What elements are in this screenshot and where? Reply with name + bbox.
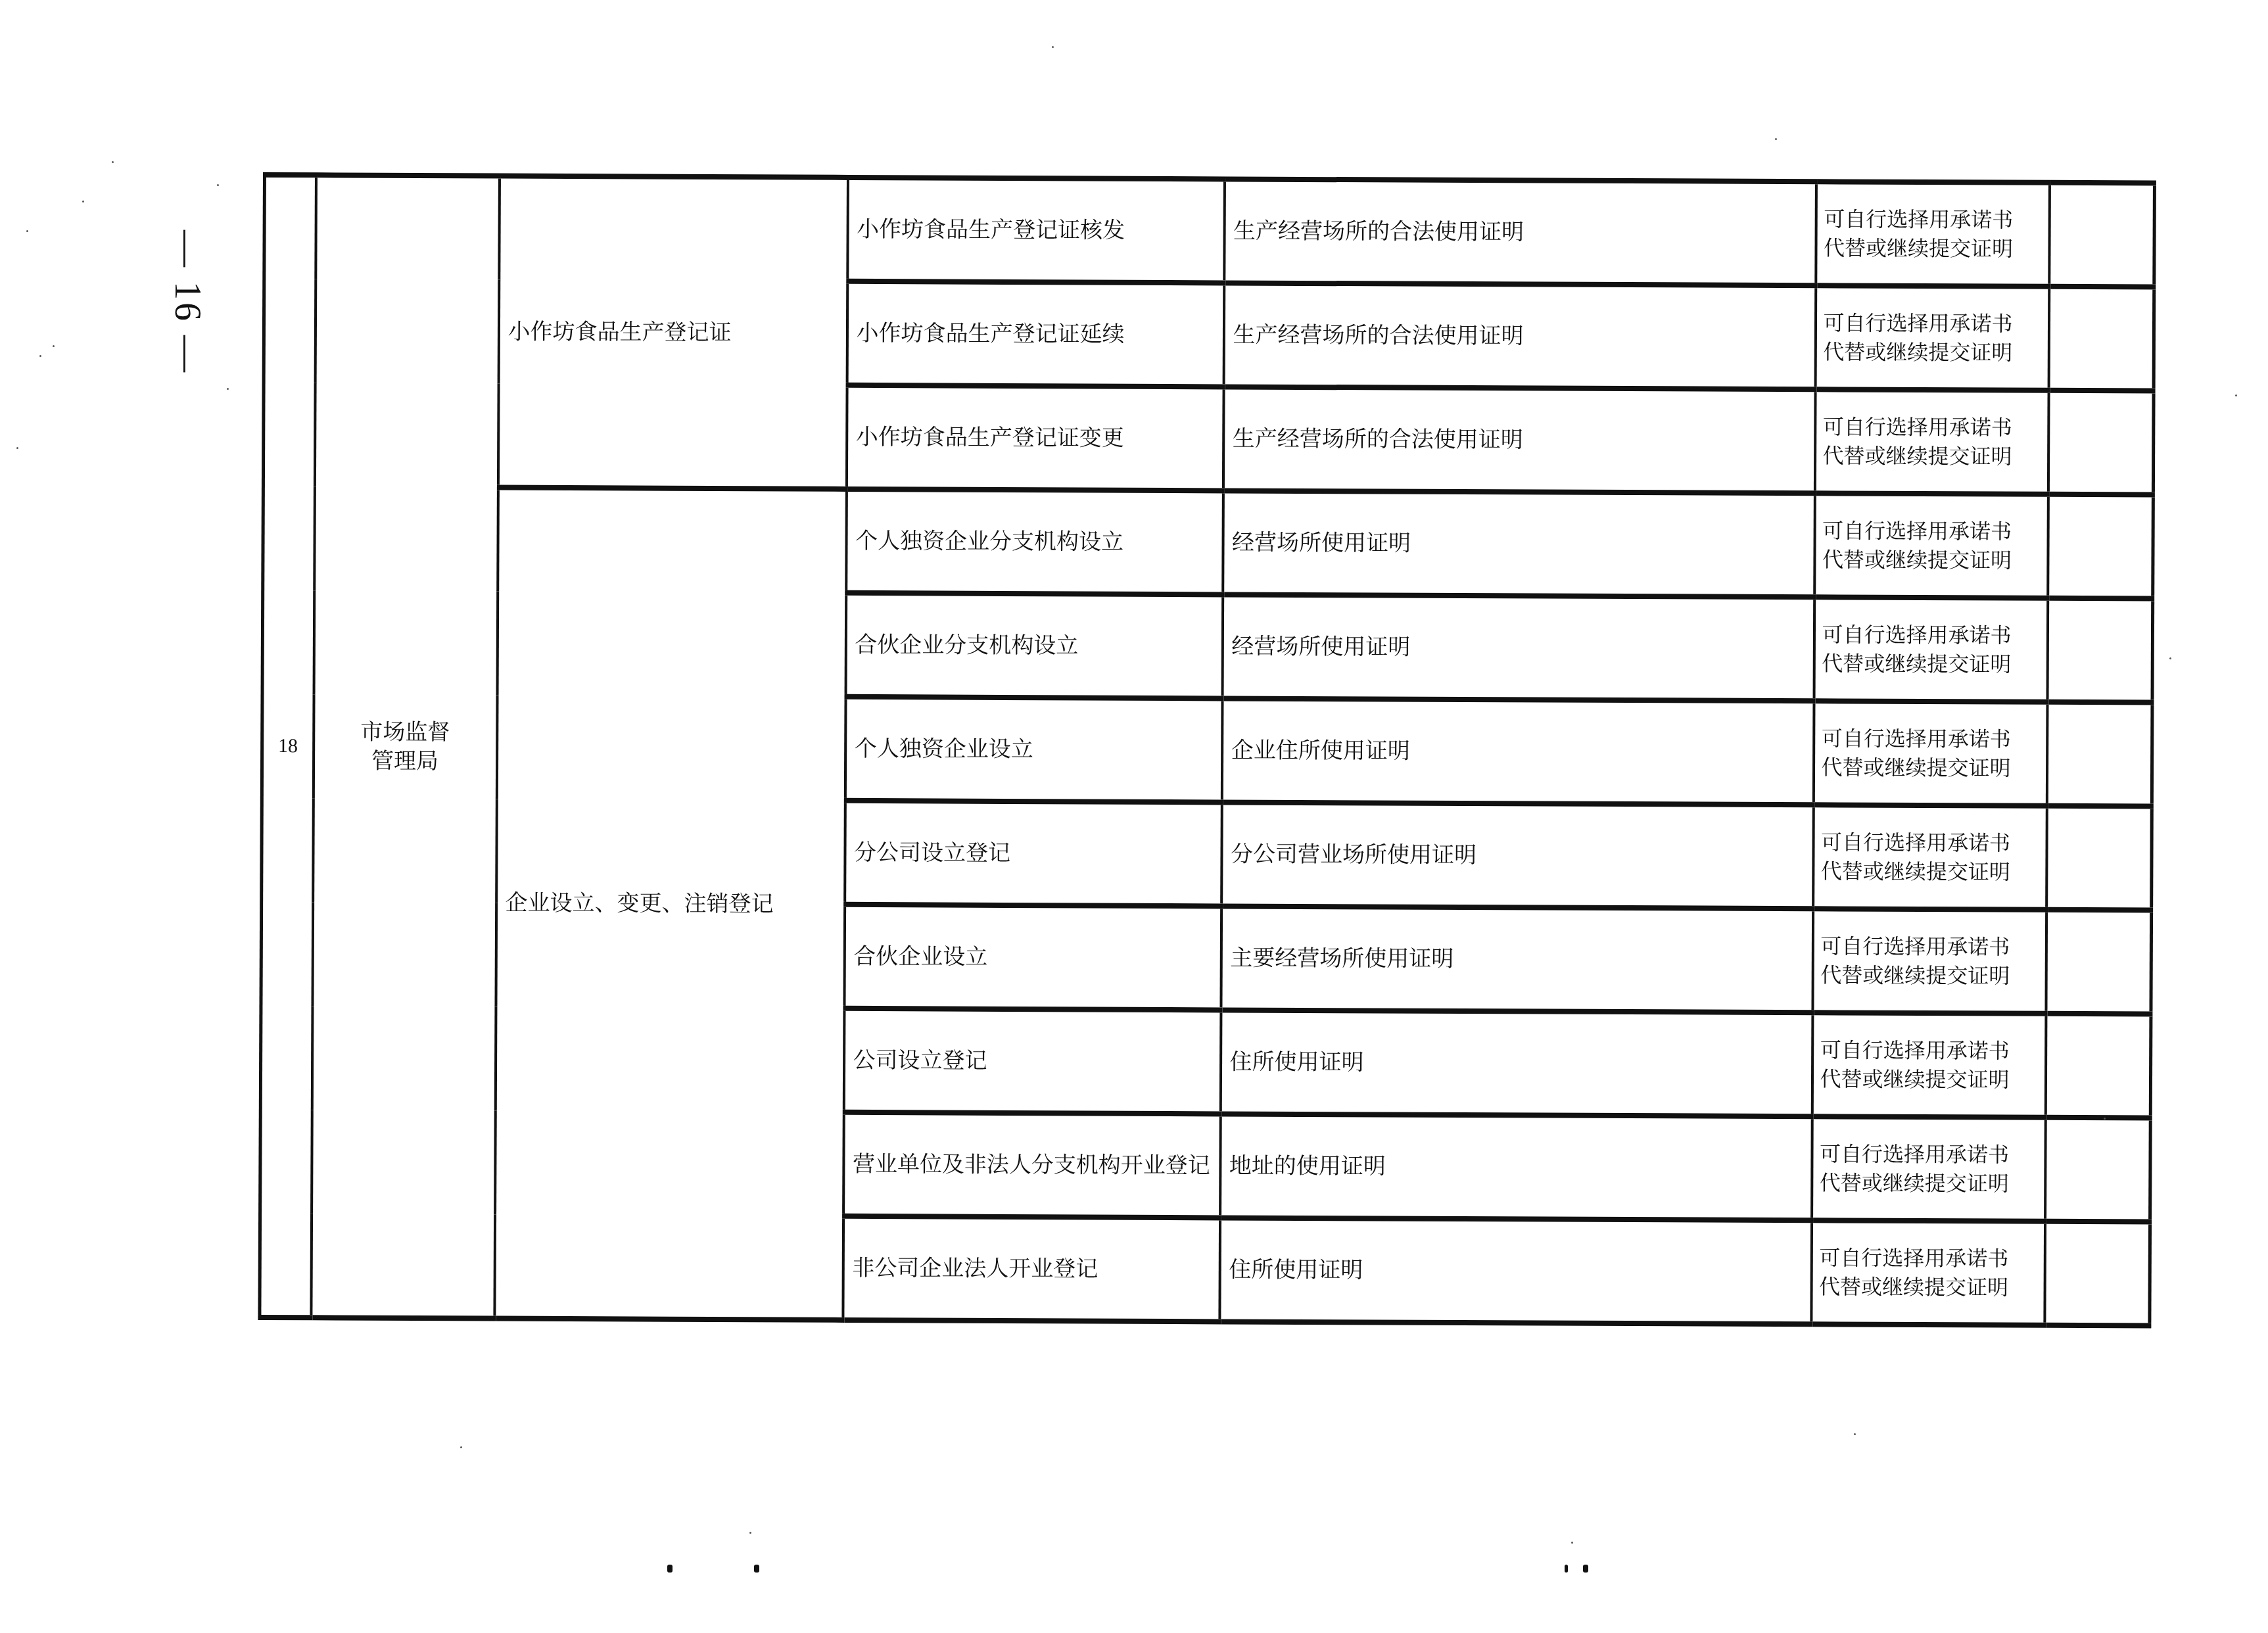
scan-speck [16,447,18,449]
certification-table: 18市场监督管理局小作坊食品生产登记证小作坊食品生产登记证核发生产经营场所的合法… [258,172,2156,1329]
handling-method-line: 代替或继续提交证明 [1820,1168,2039,1198]
remarks-cell [2046,702,2152,807]
proof-material-cell: 住所使用证明 [1220,1010,1812,1116]
handling-method-line: 代替或继续提交证明 [1821,753,2040,782]
table-row: 18市场监督管理局小作坊食品生产登记证小作坊食品生产登记证核发生产经营场所的合法… [264,175,2155,287]
handling-method-cell: 可自行选择用承诺书代替或继续提交证明 [1811,1220,2045,1325]
category-cell: 小作坊食品生产登记证 [498,176,847,489]
scan-mark [754,1565,759,1573]
matter-cell: 合伙企业设立 [844,905,1221,1010]
scan-speck [460,1446,462,1448]
scan-mark [667,1565,673,1573]
matter-cell: 小作坊食品生产登记证延续 [847,281,1224,387]
matter-cell: 小作坊食品生产登记证变更 [846,385,1223,490]
matter-cell: 小作坊食品生产登记证核发 [847,177,1225,283]
proof-material-cell: 地址的使用证明 [1220,1114,1812,1220]
handling-method-line: 可自行选择用承诺书 [1822,724,2041,753]
remarks-cell [2048,390,2154,495]
table-row: 企业设立、变更、注销登记个人独资企业分支机构设立经营场所使用证明可自行选择用承诺… [263,486,2154,599]
handling-method-line: 可自行选择用承诺书 [1823,308,2042,338]
proof-material-cell: 经营场所使用证明 [1222,594,1814,701]
proof-material-cell: 生产经营场所的合法使用证明 [1223,283,1816,389]
proof-material-cell: 分公司营业场所使用证明 [1221,802,1814,909]
scan-speck [26,230,28,232]
scan-speck [1775,138,1777,140]
page-number: — 16 — [158,214,217,391]
row-number-cell: 18 [260,175,316,1317]
remarks-cell [2046,806,2152,911]
handling-method-line: 可自行选择用承诺书 [1820,1139,2039,1169]
remarks-cell [2047,598,2153,703]
scan-speck [1052,46,1054,48]
matter-cell: 公司设立登记 [843,1008,1221,1114]
handling-method-cell: 可自行选择用承诺书代替或继续提交证明 [1814,597,2048,702]
matter-cell: 个人独资企业设立 [845,697,1222,802]
scan-speck [227,388,229,390]
department-name-line: 市场监督 [320,717,490,747]
handling-method-cell: 可自行选择用承诺书代替或继续提交证明 [1813,701,2047,806]
handling-method-line: 可自行选择用承诺书 [1823,412,2042,442]
scan-speck [82,201,84,202]
scan-mark [1565,1565,1568,1573]
handling-method-line: 代替或继续提交证明 [1823,441,2042,471]
handling-method-line: 可自行选择用承诺书 [1820,932,2039,961]
scan-speck [749,1532,751,1534]
handling-method-line: 代替或继续提交证明 [1823,337,2042,367]
scan-mark [1583,1565,1588,1573]
remarks-cell [2045,1118,2151,1222]
proof-material-cell: 企业住所使用证明 [1221,698,1814,805]
matter-cell: 个人独资企业分支机构设立 [846,489,1223,594]
scan-speck [2235,394,2237,396]
scan-speck [2169,657,2171,659]
handling-method-cell: 可自行选择用承诺书代替或继续提交证明 [1812,1116,2046,1221]
handling-method-line: 代替或继续提交证明 [1822,649,2041,678]
handling-method-line: 代替或继续提交证明 [1820,960,2039,990]
scan-speck [112,161,114,163]
scan-speck [1854,1433,1856,1435]
matter-cell: 合伙企业分支机构设立 [845,593,1223,698]
remarks-cell [2046,910,2152,1014]
remarks-cell [2049,183,2155,287]
proof-material-cell: 生产经营场所的合法使用证明 [1223,387,1815,493]
matter-cell: 非公司企业法人开业登记 [843,1216,1220,1321]
department-name-line: 管理局 [319,746,490,776]
scan-speck [217,184,219,186]
handling-method-line: 代替或继续提交证明 [1820,1064,2039,1094]
handling-method-line: 可自行选择用承诺书 [1822,620,2041,650]
handling-method-line: 可自行选择用承诺书 [1822,516,2041,546]
handling-method-cell: 可自行选择用承诺书代替或继续提交证明 [1814,389,2048,494]
page-number-text: — 16 — [166,230,208,375]
handling-method-line: 可自行选择用承诺书 [1821,828,2040,857]
scan-speck [39,355,41,357]
handling-method-cell: 可自行选择用承诺书代替或继续提交证明 [1816,181,2050,287]
remarks-cell [2048,494,2154,599]
handling-method-cell: 可自行选择用承诺书代替或继续提交证明 [1812,909,2046,1014]
proof-material-cell: 主要经营场所使用证明 [1221,906,1813,1012]
handling-method-cell: 可自行选择用承诺书代替或继续提交证明 [1813,805,2047,910]
category-cell: 企业设立、变更、注销登记 [494,488,847,1320]
proof-material-cell: 住所使用证明 [1219,1218,1812,1324]
handling-method-line: 代替或继续提交证明 [1821,857,2040,886]
matter-cell: 营业单位及非法人分支机构开业登记 [843,1112,1221,1218]
scan-marks [0,1565,2268,1578]
handling-method-line: 代替或继续提交证明 [1819,1272,2038,1302]
handling-method-line: 代替或继续提交证明 [1824,233,2043,263]
handling-method-line: 可自行选择用承诺书 [1820,1035,2039,1065]
handling-method-cell: 可自行选择用承诺书代替或继续提交证明 [1812,1012,2046,1118]
handling-method-line: 可自行选择用承诺书 [1819,1243,2038,1273]
handling-method-line: 代替或继续提交证明 [1822,545,2041,575]
department-cell: 市场监督管理局 [311,175,500,1318]
scan-speck [53,345,55,347]
scan-speck [2104,1118,2106,1120]
handling-method-cell: 可自行选择用承诺书代替或继续提交证明 [1815,285,2049,390]
handling-method-cell: 可自行选择用承诺书代替或继续提交证明 [1814,493,2048,598]
handling-method-line: 可自行选择用承诺书 [1824,204,2043,234]
matter-cell: 分公司设立登记 [845,801,1222,906]
scan-speck [1571,1542,1573,1544]
remarks-cell [2044,1221,2150,1326]
proof-material-cell: 生产经营场所的合法使用证明 [1224,179,1816,285]
remarks-cell [2048,287,2154,391]
remarks-cell [2045,1014,2151,1118]
proof-material-cell: 经营场所使用证明 [1223,490,1815,597]
